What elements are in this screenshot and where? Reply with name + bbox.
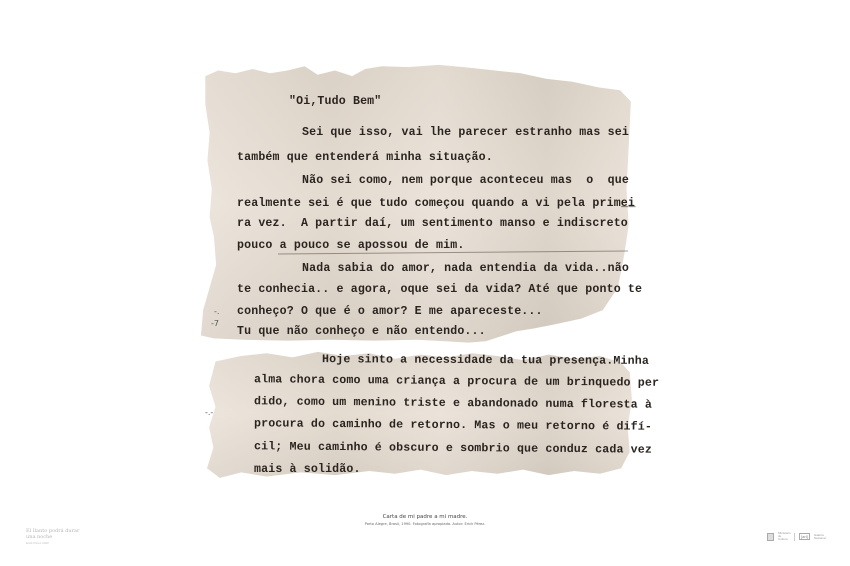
gallery-logo-icon: [art] <box>799 533 810 540</box>
series-subtitle: Erick Pérez 2020 <box>26 541 49 545</box>
letter-line: Sei que isso, vai lhe parecer estranho m… <box>302 127 629 139</box>
letter-line: mais à solidão. <box>254 464 361 476</box>
letter-line: pouco a pouco se apossou de mim. <box>237 240 464 252</box>
margin-mark: -7 <box>211 319 219 328</box>
margin-mark: -.- <box>205 408 213 417</box>
letter-line: te conhecia.. e agora, oque sei da vida?… <box>237 284 642 296</box>
ministry-logo-icon <box>767 533 774 541</box>
letter-line: Não sei como, nem porque aconteceu mas o… <box>302 175 629 187</box>
logo-divider <box>794 533 795 541</box>
series-title: El llanto podrá durar una noche <box>26 528 86 540</box>
gallery-logo-text: Galería Nacional <box>814 534 826 540</box>
letter-title: "Oi,Tudo Bem" <box>289 96 381 108</box>
letter-line: Nada sabia do amor, nada entendia da vid… <box>302 263 629 275</box>
letter-line: Hoje sinto a necessidade da tua presença… <box>322 354 649 367</box>
letter-line: conheço? O que é o amor? E me apareceste… <box>237 306 543 318</box>
letter-line: também que entenderá minha situação. <box>237 152 493 164</box>
letter-line: ra vez. A partir daí, um sentimento mans… <box>237 218 628 230</box>
sponsor-logos: Ministerio de Cultura [art] Galería Naci… <box>767 532 826 541</box>
letter-line: Tu que não conheço e não entendo... <box>237 326 486 338</box>
ministry-logo-text: Ministerio de Cultura <box>778 532 790 541</box>
letter-line: realmente sei é que tudo começou quando … <box>237 198 635 210</box>
caption-title: Carta de mi padre a mi madre. <box>0 514 850 520</box>
margin-mark: -. <box>214 307 219 316</box>
caption-subtitle: Porto Alegre, Brasil, 1990. Fotografía a… <box>0 522 850 526</box>
